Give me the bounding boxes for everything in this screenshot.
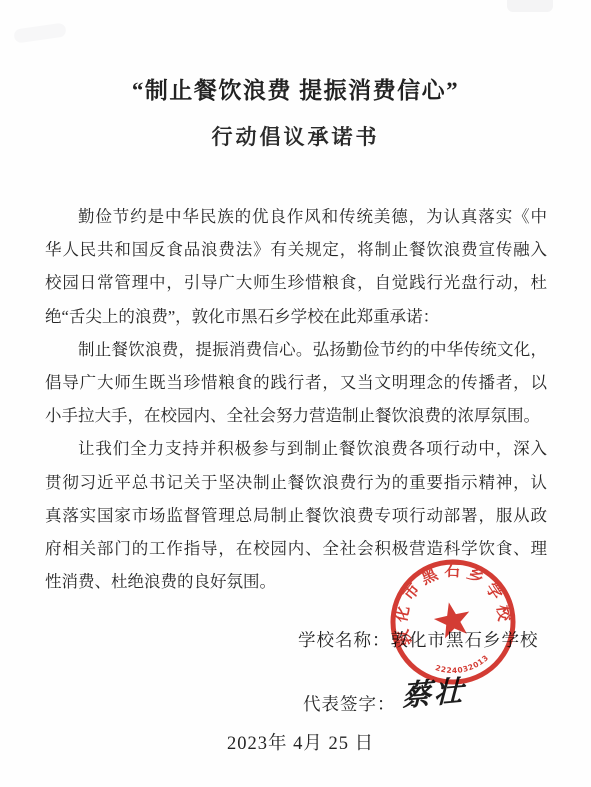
body-line: 华人民共和国反食品浪费法》有关规定，将制止餐饮浪费宣传融入: [45, 233, 547, 266]
school-name-label: 学校名称：: [298, 630, 391, 650]
document-title-line2: 行动倡议承诺书: [0, 121, 591, 151]
body-line: 让我们全力支持并积极参与到制止餐饮浪费各项行动中，深入: [45, 432, 547, 465]
seal-star-icon: [431, 599, 473, 640]
body-line: 绝“舌尖上的浪费”，敦化市黑石乡学校在此郑重承诺：: [45, 300, 547, 333]
body-line: 校园日常管理中，引导广大师生珍惜粮食，自觉践行光盘行动，杜: [45, 266, 547, 299]
signature-label: 代表签字：: [303, 694, 396, 714]
document-date: 2023年 4月 25 日: [227, 729, 374, 755]
body-line: 小手拉大手，在校园内、全社会努力营造制止餐饮浪费的浓厚氛围。: [45, 399, 547, 432]
body-line: 勤俭节约是中华民族的优良作风和传统美德，为认真落实《中: [45, 200, 547, 233]
body-line: 真落实国家市场监督管理总局制止餐饮浪费专项行动部署，服从政: [45, 499, 547, 532]
document-title-line1: “制止餐饮浪费 提振消费信心”: [0, 72, 591, 105]
scan-artifact: [507, 0, 553, 12]
body-line: 制止餐饮浪费，提振消费信心。弘扬勤俭节约的中华传统文化，: [45, 333, 547, 366]
scan-artifact: [13, 22, 66, 43]
scanned-commitment-letter: “制止餐饮浪费 提振消费信心” 行动倡议承诺书 勤俭节约是中华民族的优良作风和传…: [0, 0, 591, 787]
body-line: 倡导广大师生既当珍惜粮食的践行者，又当文明理念的传播者，以: [45, 366, 547, 399]
body-line: 贯彻习近平总书记关于坚决制止餐饮浪费行为的重要指示精神，认: [45, 466, 547, 499]
document-body: 勤俭节约是中华民族的优良作风和传统美德，为认真落实《中 华人民共和国反食品浪费法…: [45, 200, 547, 598]
official-red-seal: 敦化市黑石乡学校 2224032013598: [364, 533, 542, 711]
seal-ring-text: 敦化市黑石乡学校: [380, 549, 517, 650]
